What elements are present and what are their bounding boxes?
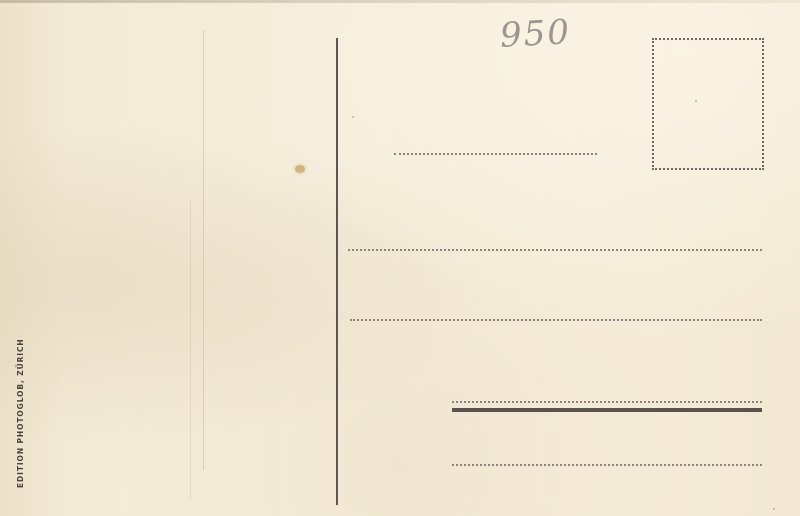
address-line-1 — [394, 153, 597, 155]
address-line-6 — [452, 464, 762, 466]
address-line-2 — [348, 249, 762, 251]
address-underline-thick — [452, 408, 762, 412]
handwritten-note: 950 — [499, 12, 572, 56]
address-line-4 — [452, 401, 762, 403]
address-line-3 — [350, 319, 762, 321]
paper-stain — [295, 165, 305, 173]
card-top-edge — [0, 0, 800, 3]
postcard-back: EDITION PHOTOGLOB, ZÜRICH 950 — [0, 0, 800, 516]
paper-speck — [773, 508, 775, 510]
message-address-divider — [336, 38, 338, 505]
faint-fold-line — [203, 30, 204, 470]
paper-speck — [352, 116, 354, 118]
publisher-imprint: EDITION PHOTOGLOB, ZÜRICH — [16, 338, 25, 488]
stamp-box — [652, 38, 764, 170]
faint-fold-line-secondary — [190, 200, 191, 500]
